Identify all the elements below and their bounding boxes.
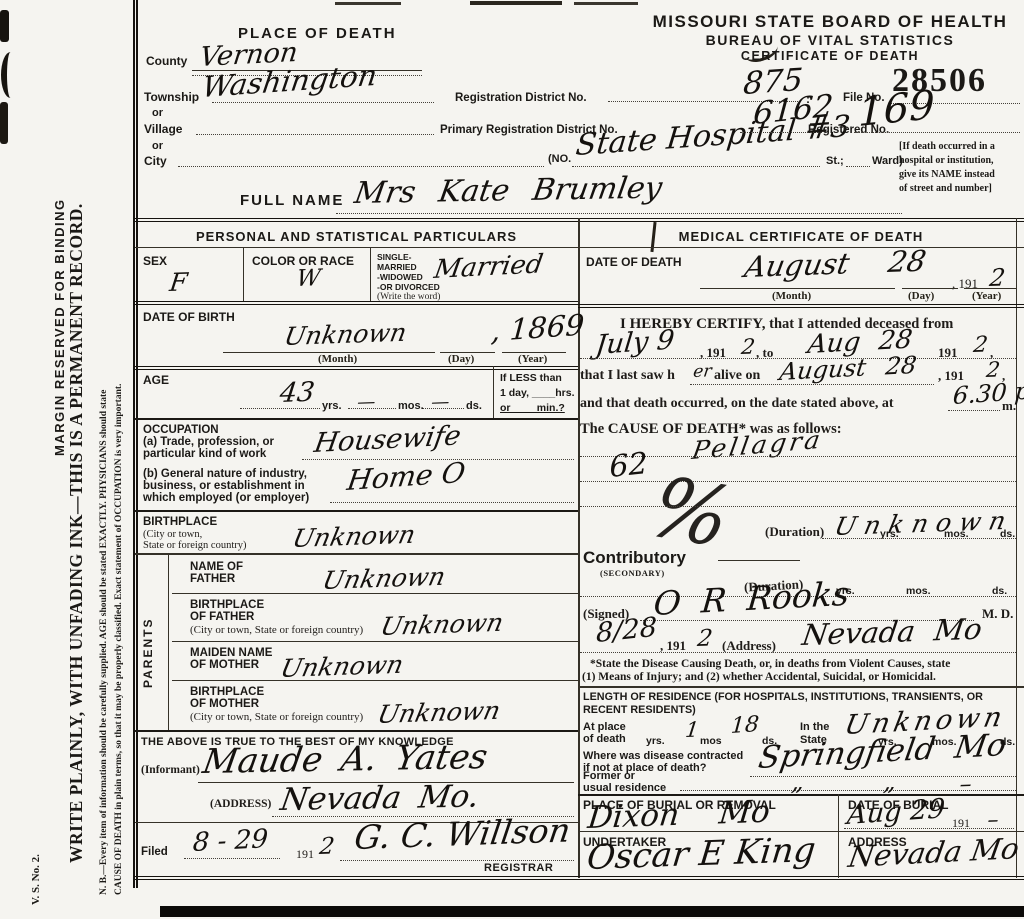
filed-date-line <box>184 858 280 859</box>
dod-month-line <box>700 288 895 289</box>
form-left-border <box>133 0 138 888</box>
rule <box>578 304 1024 308</box>
registrar-line <box>340 860 574 861</box>
occupation-a-label: (a) Trade, profession, or <box>143 436 274 448</box>
father-birthplace-value: Unknown <box>378 608 506 641</box>
dod-day-line <box>902 288 958 289</box>
rule <box>135 301 578 305</box>
nb-note: N. B.—Every item of information should b… <box>97 45 129 895</box>
age-dash: — <box>430 391 451 413</box>
sex-label: SEX <box>143 254 167 268</box>
parents-side-label: PARENTS <box>141 598 155 688</box>
mother-name-label: MAIDEN NAME <box>190 647 272 659</box>
day-caption: (Day) <box>908 290 934 302</box>
cause-footnote-line: (1) Means of Injury; and (2) whether Acc… <box>582 671 936 683</box>
informant-address-label: (ADDRESS) <box>210 798 271 810</box>
certificate-title: CERTIFICATE OF DEATH <box>640 49 1020 63</box>
hospital-note-line: hospital or institution, <box>899 154 1023 168</box>
occupation-b-value: Home O <box>345 456 467 497</box>
occupation-b-label: which employed (or employer) <box>143 492 309 504</box>
yrs-label: yrs. <box>322 400 342 412</box>
write-plainly-note: WRITE PLAINLY, WITH UNFADING INK—THIS IS… <box>66 55 87 863</box>
sex-value: F <box>168 267 189 297</box>
month-caption: (Month) <box>772 290 811 302</box>
or-label: or <box>152 140 163 152</box>
age-line <box>348 408 396 409</box>
occupation-b-line <box>330 502 574 503</box>
scan-artifact-bottom-bar <box>160 906 1024 917</box>
sign-year-hand: 2 <box>696 626 714 652</box>
cell-divider <box>370 247 371 301</box>
county-label: County <box>146 54 187 68</box>
informant-name-value: Maude A. Yates <box>200 737 490 782</box>
full-name-value: Mrs Kate Brumley <box>352 171 665 211</box>
year-hand: 2 <box>972 333 989 358</box>
sign-date-value: 8/28 <box>596 612 657 649</box>
cell-divider <box>243 247 244 301</box>
burial-date-value: Aug 29 <box>846 793 946 831</box>
hospital-note-line: of street and number] <box>899 182 1023 196</box>
scan-artifact-binding-mark <box>0 102 8 144</box>
personal-section-title: PERSONAL AND STATISTICAL PARTICULARS <box>135 229 578 244</box>
village-label: Village <box>144 122 182 136</box>
hospital-note-line: give its NAME instead <box>899 168 1023 182</box>
father-birthplace-label: OF FATHER <box>190 611 254 623</box>
mother-birthplace-label: BIRTHPLACE <box>190 686 264 698</box>
secondary-label: (SECONDARY) <box>600 568 665 578</box>
color-race-value: W <box>295 265 322 292</box>
contributory-line <box>718 560 800 561</box>
registered-no-line <box>854 132 1020 133</box>
marital-label-line: -OR DIVORCED <box>377 282 440 292</box>
rule <box>172 641 578 642</box>
rule <box>135 247 578 248</box>
md-label: M. D. <box>982 606 1013 622</box>
rule <box>135 366 578 370</box>
date-of-death-label: DATE OF DEATH <box>586 255 682 269</box>
institution-line <box>572 166 820 167</box>
nb-note-line: CAUSE OF DEATH in plain terms, so that i… <box>112 45 127 895</box>
mos-label: mos <box>700 735 722 747</box>
or-label: or <box>152 107 163 119</box>
occupation-b-label: business, or establishment in <box>143 480 305 492</box>
residence-title-line: RECENT RESIDENTS) <box>583 704 696 716</box>
full-name-label: FULL NAME <box>240 192 344 209</box>
city-line <box>178 166 544 167</box>
former-residence-ditto: „ <box>790 768 806 796</box>
residence-days-value: 18 <box>730 712 760 739</box>
cause-footnote-line: *State the Disease Causing Death, or, in… <box>590 658 950 670</box>
village-line <box>196 134 434 135</box>
age-line <box>240 408 320 409</box>
st-line <box>846 166 870 167</box>
age-line <box>422 408 464 409</box>
month-caption: (Month) <box>318 353 357 365</box>
contracted-line <box>750 776 1016 777</box>
scan-artifact-topline <box>470 1 562 5</box>
bureau-title: BUREAU OF VITAL STATISTICS <box>640 32 1020 48</box>
rule <box>135 730 578 732</box>
duration-line <box>822 538 1016 539</box>
death-certificate-scan: V. S. No. 2. MARGIN RESERVED FOR BINDING… <box>0 0 1024 919</box>
burial-place-value: Dixon Mo <box>586 794 772 836</box>
duration-value: Unknown <box>832 506 1017 541</box>
marital-value: Married <box>432 249 545 285</box>
primary-district-label: Primary Registration District No. <box>440 124 618 136</box>
age-label: AGE <box>143 373 169 387</box>
ds-label: ds. <box>466 400 482 412</box>
birthplace-label: BIRTHPLACE <box>143 516 217 528</box>
if-less-note-line: 1 day, ____hrs. <box>500 387 575 399</box>
hospital-note: [If death occurred in a hospital or inst… <box>899 140 1023 196</box>
year-caption: (Year) <box>972 290 1001 302</box>
form-number: V. S. No. 2. <box>30 810 42 905</box>
filed-date-value: 8 - 29 <box>192 824 269 858</box>
occupation-a-label: particular kind of work <box>143 448 266 460</box>
birthplace-sublabel: State or foreign country) <box>143 540 247 551</box>
if-less-note-line: or ____min.? <box>500 402 565 414</box>
cause-code-value: 62 <box>609 446 648 485</box>
father-name-label: NAME OF <box>190 561 243 573</box>
registered-no-value: 169 <box>858 82 935 136</box>
if-less-note-line: If LESS than <box>500 372 562 384</box>
mos-label: mos. <box>398 400 424 412</box>
age-years-value: 43 <box>278 377 316 409</box>
residence-months-value: 1 <box>684 718 700 742</box>
certify-line <box>690 384 934 385</box>
father-birthplace-sublabel: (City or town, State or foreign country) <box>190 624 363 636</box>
residence-title-line: LENGTH OF RESIDENCE (FOR HOSPITALS, INST… <box>583 691 983 703</box>
rule <box>135 553 578 555</box>
city-label: City <box>144 154 167 168</box>
rule <box>135 418 578 420</box>
marital-labels: SINGLE- MARRIED -WIDOWED -OR DIVORCED (W… <box>377 252 440 303</box>
dod-year-line <box>964 288 1016 289</box>
former-residence-label: usual residence <box>583 782 666 794</box>
former-residence-label: Former or <box>583 770 635 782</box>
informant-label: (Informant) <box>141 764 200 776</box>
registrar-label: REGISTRAR <box>484 862 553 874</box>
mother-name-label: OF MOTHER <box>190 659 259 671</box>
occurred-text: and that death occurred, on the date sta… <box>580 396 894 412</box>
age-dash: — <box>356 391 377 413</box>
registrar-signature: G. C. Willson <box>352 811 573 857</box>
birthplace-value: Unknown <box>290 520 418 553</box>
filed-year-printed: 191 <box>296 847 314 862</box>
mother-birthplace-label: OF MOTHER <box>190 698 259 710</box>
burial-date-line <box>844 828 1014 829</box>
mother-birthplace-sublabel: (City or town, State or foreign country) <box>190 711 363 723</box>
hospital-note-line: [If death occurred in a <box>899 140 1023 154</box>
at-place-label: At place <box>583 721 626 733</box>
attended-from-date: July 9 <box>594 325 676 361</box>
township-label: Township <box>144 90 199 104</box>
burial-date-year-hand: – <box>986 808 1000 833</box>
informant-address-value: Nevada Mo. <box>278 779 482 818</box>
board-title: MISSOURI STATE BOARD OF HEALTH <box>640 12 1020 32</box>
no-paren-label: (NO. <box>548 153 571 165</box>
father-name-value: Unknown <box>320 562 448 595</box>
saw-mid-text: alive on <box>714 368 760 384</box>
form-right-border <box>1016 218 1017 878</box>
at-place-label: of death <box>583 733 626 745</box>
time-line <box>948 410 1000 411</box>
dob-month-value: Unknown <box>282 318 409 351</box>
m-label: m. <box>1002 398 1016 414</box>
saw-hand-text: er <box>692 361 713 382</box>
burial-divider <box>838 794 839 878</box>
medical-section-title: MEDICAL CERTIFICATE OF DEATH <box>578 229 1024 244</box>
saw-prefix-text: that I last saw h <box>580 368 675 384</box>
occupation-b-label: (b) General nature of industry, <box>143 468 307 480</box>
st-label: St.; <box>826 155 844 167</box>
date-of-death-value: August 28 <box>742 244 929 284</box>
margin-binding-note: MARGIN RESERVED FOR BINDING <box>52 66 67 456</box>
year-caption: (Year) <box>518 353 547 365</box>
rule <box>578 794 1024 796</box>
rule <box>578 686 1024 688</box>
occupation-a-value: Housewife <box>312 420 463 459</box>
contracted-label: Where was disease contracted <box>583 750 743 762</box>
occupation-title: OCCUPATION <box>143 424 219 436</box>
physician-address-value: Nevada Mo <box>800 612 984 652</box>
registration-district-label: Registration District No. <box>455 92 587 104</box>
last-seen-date: August 28 <box>778 351 918 386</box>
birthplace-sublabel: (City or town, <box>143 529 202 540</box>
cell-divider <box>493 366 494 418</box>
scan-artifact-binding-mark <box>0 10 9 42</box>
rule <box>172 593 578 594</box>
day-caption: (Day) <box>448 353 474 365</box>
scan-artifact-topline <box>335 2 401 5</box>
former-residence-line <box>680 790 1016 791</box>
parents-label-divider <box>168 553 169 730</box>
rule <box>172 680 578 681</box>
year-hand: 2 <box>740 335 756 359</box>
cause-heading-pre: The <box>580 421 608 437</box>
form-bottom-rule <box>135 876 1024 880</box>
filed-year-hand: 2 <box>318 834 336 860</box>
marital-label-line: -WIDOWED <box>377 272 440 282</box>
dob-label: DATE OF BIRTH <box>143 310 235 324</box>
yrs-label: yrs. <box>646 735 665 747</box>
township-line <box>212 102 434 103</box>
undertaker-value: Oscar E King <box>585 830 817 878</box>
mother-birthplace-value: Unknown <box>375 696 503 729</box>
physician-signature: O R Rooks <box>652 574 851 623</box>
contributory-label: Contributory <box>583 548 686 568</box>
scan-artifact-binding-mark <box>1 52 20 98</box>
cause-line <box>580 506 1016 507</box>
marital-label-line: SINGLE- <box>377 252 440 262</box>
former-residence-ditto: „ <box>882 768 898 796</box>
duration-label: (Duration) <box>765 524 824 540</box>
father-name-label: FATHER <box>190 573 235 585</box>
in-the-label: In the <box>800 721 829 733</box>
filed-label: Filed <box>141 846 168 858</box>
dob-year-value: , 1869 <box>490 308 585 348</box>
address-line <box>580 652 1016 653</box>
mother-name-value: Unknown <box>278 650 406 683</box>
nb-note-line: N. B.—Every item of information should b… <box>97 45 112 895</box>
full-name-line <box>336 213 902 214</box>
father-birthplace-label: BIRTHPLACE <box>190 599 264 611</box>
rule <box>135 510 578 512</box>
marital-label-line: (Write the word) <box>377 292 440 303</box>
scan-artifact-topline <box>574 2 638 5</box>
marital-label-line: MARRIED <box>377 262 440 272</box>
cause-line <box>580 481 1016 482</box>
